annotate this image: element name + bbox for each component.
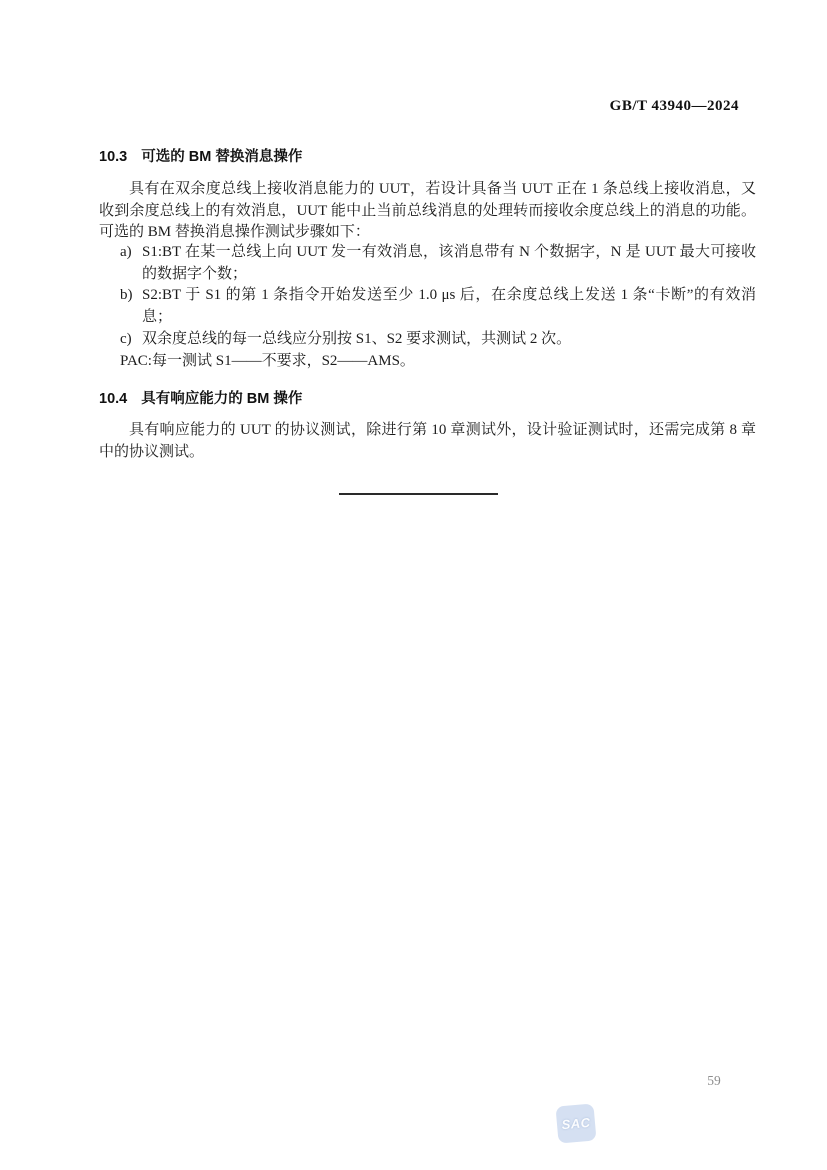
end-of-document-rule xyxy=(339,493,498,495)
list-item-c: c) 双余度总线的每一总线应分别按 S1、S2 要求测试，共测试 2 次。 xyxy=(99,329,756,351)
list-item-b: b) S2:BT 于 S1 的第 1 条指令开始发送至少 1.0 μs 后，在余… xyxy=(99,285,756,328)
section-10-3-paragraph: 具有在双余度总线上接收消息能力的 UUT，若设计具备当 UUT 正在 1 条总线… xyxy=(99,179,756,244)
section-10-4-paragraph: 具有响应能力的 UUT 的协议测试，除进行第 10 章测试外，设计验证测试时，还… xyxy=(99,420,756,463)
section-title: 可选的 BM 替换消息操作 xyxy=(141,149,302,165)
list-item-a: a) S1:BT 在某一总线上向 UUT 发一有效消息，该消息带有 N 个数据字… xyxy=(99,242,756,285)
section-number: 10.3 xyxy=(99,149,127,165)
list-marker-c: c) xyxy=(120,329,132,351)
list-marker-a: a) xyxy=(120,242,132,264)
list-text-a: S1:BT 在某一总线上向 UUT 发一有效消息，该消息带有 N 个数据字，N … xyxy=(142,244,756,282)
standard-code-header: GB/T 43940—2024 xyxy=(99,98,739,115)
list-text-c: 双余度总线的每一总线应分别按 S1、S2 要求测试，共测试 2 次。 xyxy=(142,331,571,347)
list-text-b: S2:BT 于 S1 的第 1 条指令开始发送至少 1.0 μs 后，在余度总线… xyxy=(142,287,756,325)
page-number: 59 xyxy=(696,1073,732,1089)
section-title: 具有响应能力的 BM 操作 xyxy=(141,391,302,407)
sac-watermark-logo-icon: SAC xyxy=(555,1103,596,1143)
document-page: GB/T 43940—2024 10.3可选的 BM 替换消息操作 具有在双余度… xyxy=(0,0,827,1170)
section-heading-10-4: 10.4具有响应能力的 BM 操作 xyxy=(99,387,755,408)
section-heading-10-3: 10.3可选的 BM 替换消息操作 xyxy=(99,145,755,166)
pac-requirement-line: PAC:每一测试 S1——不要求，S2——AMS。 xyxy=(99,351,756,373)
test-step-list: a) S1:BT 在某一总线上向 UUT 发一有效消息，该消息带有 N 个数据字… xyxy=(99,242,756,372)
section-number: 10.4 xyxy=(99,391,127,407)
list-marker-b: b) xyxy=(120,285,133,307)
